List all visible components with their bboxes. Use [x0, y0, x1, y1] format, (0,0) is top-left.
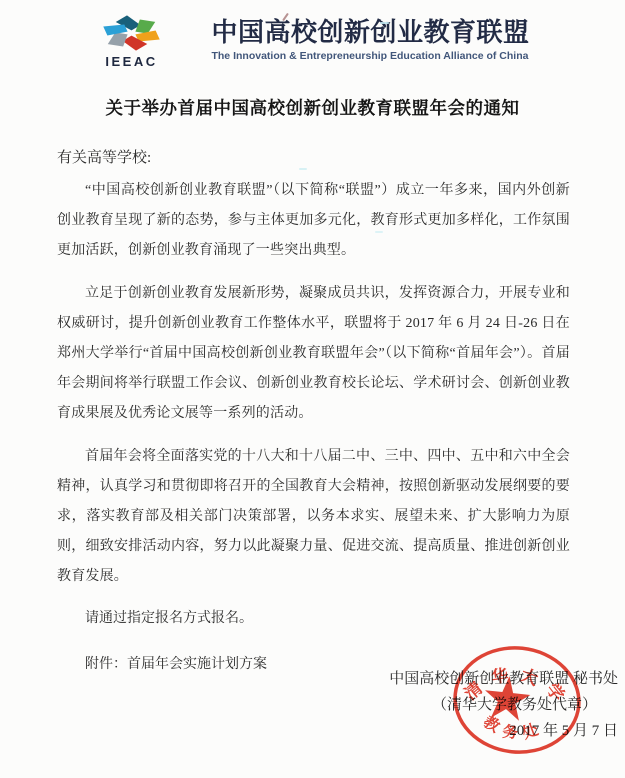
body-paragraph: 首届年会将全面落实党的十八大和十八届二中、三中、四中、五中和六中全会精神，认真学… [57, 442, 570, 592]
document-title: 关于举办首届中国高校创新创业教育联盟年会的通知 [40, 96, 585, 121]
body-paragraph: “中国高校创新创业教育联盟”（以下简称“联盟”）成立一年多来，国内外创新创业教育… [57, 176, 570, 266]
salutation: 有关高等学校: [57, 148, 570, 168]
pinwheel-logo-icon [100, 14, 163, 52]
scan-artifact [375, 231, 383, 233]
document-body: “中国高校创新创业教育联盟”（以下简称“联盟”）成立一年多来，国内外创新创业教育… [57, 176, 570, 680]
org-name-english: The Innovation & Entrepreneurship Educat… [211, 50, 529, 62]
signature-date: 2017 年 5 月 7 日 [298, 718, 618, 744]
signature-block: 中国高校创新创业教育联盟 秘书处 （清华大学教务处代章） 2017 年 5 月 … [298, 666, 618, 744]
registration-notice-line: 请通过指定报名方式报名。 [57, 604, 570, 634]
org-name-chinese: 中国高校创新创业教育联盟 [211, 17, 529, 47]
org-logo: IEEAC [95, 14, 167, 69]
scan-artifact [299, 168, 307, 170]
logo-acronym: IEEAC [95, 54, 167, 69]
document-page: IEEAC 中国高校创新创业教育联盟 The Innovation & Entr… [0, 0, 625, 778]
org-names: 中国高校创新创业教育联盟 The Innovation & Entreprene… [211, 14, 529, 62]
org-letterhead: IEEAC 中国高校创新创业教育联盟 The Innovation & Entr… [0, 0, 625, 69]
body-paragraph: 立足于创新创业教育发展新形势，凝聚成员共识，发挥资源合力，开展专业和权威研讨，提… [57, 279, 570, 429]
signature-proxy-line: （清华大学教务处代章） [298, 692, 618, 718]
signature-org-line: 中国高校创新创业教育联盟 秘书处 [298, 666, 618, 692]
scan-artifact [380, 22, 389, 24]
